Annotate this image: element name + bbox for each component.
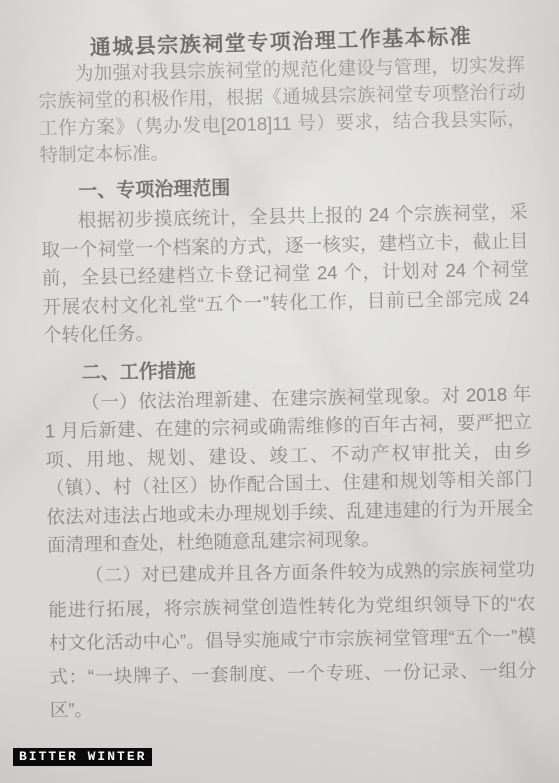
document-body: 通城县宗族祠堂专项治理工作基本标准 为加强对我县宗族祠堂的规范化建设与管理，切实… — [37, 15, 537, 727]
section2-item1-paragraph: （一）依法治理新建、在建宗族祠堂现象。对 2018 年 1 月后新建、在建的宗祠… — [44, 380, 534, 560]
section1-paragraph: 根据初步摸底统计，全县共上报的 24 个宗族祠堂，采取一个祠堂一个档案的方式，逐… — [41, 198, 531, 350]
photographed-document: 通城县宗族祠堂专项治理工作基本标准 为加强对我县宗族祠堂的规范化建设与管理，切实… — [0, 0, 559, 783]
section2-item2-paragraph: （二）对已建成并且各方面条件较为成熟的宗族祠堂功能进行拓展，将宗族祠堂创造性转化… — [48, 552, 537, 726]
intro-paragraph: 为加强对我县宗族祠堂的规范化建设与管理，切实发挥宗族祠堂的积极作用，根据《通城县… — [38, 51, 527, 168]
bitter-winter-watermark: BITTER WINTER — [13, 748, 152, 766]
